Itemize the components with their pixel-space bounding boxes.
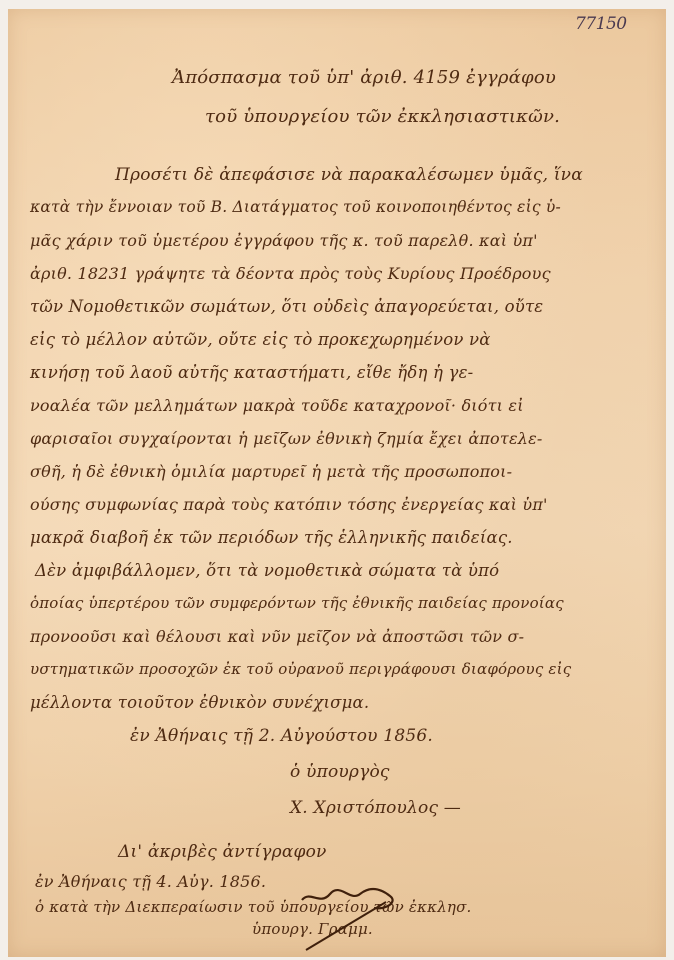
body-line: ἀριθ. 18231 γράψητε τὰ δέοντα πρὸς τοὺς … xyxy=(30,264,551,283)
closing-title: ὁ ὑπουργὸς xyxy=(290,762,390,782)
certification-line-1: Δι' ἀκριβὲς ἀντίγραφον xyxy=(118,842,327,862)
body-line: ὁποίας ὑπερτέρου τῶν συμφερόντων τῆς ἐθν… xyxy=(30,594,564,612)
body-line: φαρισαῖοι συγχαίρονται ἡ μεῖζων ἐθνικὴ ζ… xyxy=(30,429,542,448)
body-line: μέλλοντα τοιοῦτον ἐθνικὸν συνέχισμα. xyxy=(30,693,369,712)
body-line: εἰς τὸ μέλλον αὐτῶν, οὔτε εἰς τὸ προκεχω… xyxy=(30,330,491,349)
body-line: τῶν Νομοθετικῶν σωμάτων, ὅτι οὐδεὶς ἀπαγ… xyxy=(30,297,543,316)
body-line: Προσέτι δὲ ἀπεφάσισε νὰ παρακαλέσωμεν ὑμ… xyxy=(115,165,583,185)
heading-line-1: Ἀπόσπασμα τοῦ ὑπ' ἀριθ. 4159 ἐγγράφου xyxy=(172,67,556,88)
archive-number: 77150 xyxy=(575,14,627,34)
body-line: κατὰ τὴν ἔννοιαν τοῦ Β. Διατάγματος τοῦ … xyxy=(30,198,561,216)
body-line: υστηματικῶν προσοχῶν ἐκ τοῦ οὐρανοῦ περι… xyxy=(30,660,571,678)
body-line: μακρᾶ διαβοῆ ἐκ τῶν περιόδων τῆς ἑλληνικ… xyxy=(30,528,513,547)
body-line: ούσης συμφωνίας παρὰ τοὺς κατόπιν τόσης … xyxy=(30,495,548,514)
body-line: προνοοῦσι καὶ θέλουσι καὶ νῦν μεῖζον νὰ … xyxy=(30,627,524,646)
body-line: σθῆ, ἡ δὲ ἐθνικὴ ὁμιλία μαρτυρεῖ ἡ μετὰ … xyxy=(30,462,512,481)
body-line: νοαλέα τῶν μελλημάτων μακρὰ τοῦδε καταχρ… xyxy=(30,396,524,415)
certification-line-2: ἐν Ἀθήναις τῇ 4. Αὐγ. 1856. xyxy=(35,872,266,891)
body-line: κινήσῃ τοῦ λαοῦ αὐτῆς καταστήματι, εἴθε … xyxy=(30,363,473,382)
heading-line-2: τοῦ ὑπουργείου τῶν ἐκκλησιαστικῶν. xyxy=(205,106,560,127)
body-line: μᾶς χάριν τοῦ ὑμετέρου ἐγγράφου τῆς κ. τ… xyxy=(30,231,538,250)
closing-signature: Χ. Χριστόπουλος — xyxy=(290,798,461,818)
signature-flourish-icon xyxy=(290,880,410,960)
body-line: Δὲν ἀμφιβάλλομεν, ὅτι τὰ νομοθετικὰ σώμα… xyxy=(35,561,499,580)
closing-place-date: ἐν Ἀθήναις τῇ 2. Αὐγούστου 1856. xyxy=(130,726,433,746)
